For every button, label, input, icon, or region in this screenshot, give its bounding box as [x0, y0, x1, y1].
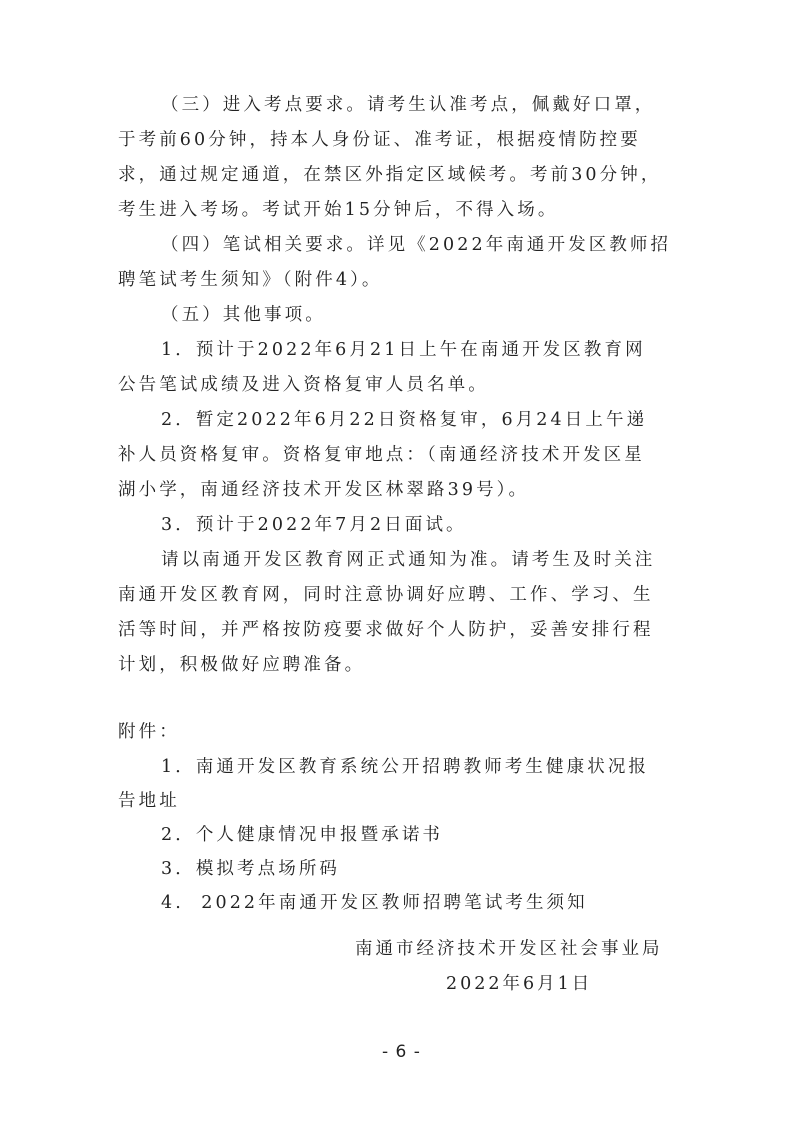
item-1-line-2: 公告笔试成绩及进入资格复审人员名单。 — [118, 368, 489, 403]
notice-line-2: 南通开发区教育网，同时注意协调好应聘、工作、学习、生 — [118, 578, 654, 613]
attachment-1-line-1: 1．南通开发区教育系统公开招聘教师考生健康状况报 — [161, 750, 649, 785]
section-5-title: （五）其他事项。 — [161, 298, 326, 333]
page-number: - 6 - — [382, 1042, 421, 1062]
notice-line-1: 请以南通开发区教育网正式通知为准。请考生及时关注 — [161, 543, 655, 578]
issuer-name: 南通市经济技术开发区社会事业局 — [355, 935, 663, 960]
issue-date: 2022年6月1日 — [446, 970, 592, 995]
attachment-3: 3．模拟考点场所码 — [161, 852, 340, 887]
item-2-line-1: 2．暂定2022年6月22日资格复审，6月24日上午递 — [161, 403, 647, 438]
section-4-line-1: （四）笔试相关要求。详见《2022年南通开发区教师招 — [161, 228, 671, 263]
item-2-line-3: 湖小学，南通经济技术开发区林翠路39号）。 — [118, 473, 529, 508]
section-3-line-2: 于考前60分钟，持本人身份证、准考证，根据疫情防控要 — [118, 123, 641, 158]
section-3-line-3: 求，通过规定通道，在禁区外指定区域候考。考前30分钟， — [118, 158, 661, 193]
section-3-line-1: （三）进入考点要求。请考生认准考点，佩戴好口罩， — [161, 88, 655, 123]
section-3-line-4: 考生进入考场。考试开始15分钟后，不得入场。 — [118, 193, 558, 228]
item-2-line-2: 补人员资格复审。资格复审地点：（南通经济技术开发区星 — [118, 438, 645, 473]
notice-line-3: 活等时间，并严格按防疫要求做好个人防护，妥善安排行程 — [118, 613, 654, 648]
attachment-4: 4. 2022年南通开发区教师招聘笔试考生须知 — [161, 886, 588, 921]
item-3: 3．预计于2022年7月2日面试。 — [161, 508, 467, 543]
section-4-line-2: 聘笔试考生须知》（附件4）。 — [118, 263, 383, 298]
attachment-1-line-2: 告地址 — [118, 784, 180, 819]
notice-line-4: 计划，积极做好应聘准备。 — [118, 648, 365, 683]
item-1-line-1: 1．预计于2022年6月21日上午在南通开发区教育网 — [161, 333, 646, 368]
attachments-label: 附件： — [118, 715, 180, 750]
attachment-2: 2．个人健康情况申报暨承诺书 — [161, 818, 443, 853]
